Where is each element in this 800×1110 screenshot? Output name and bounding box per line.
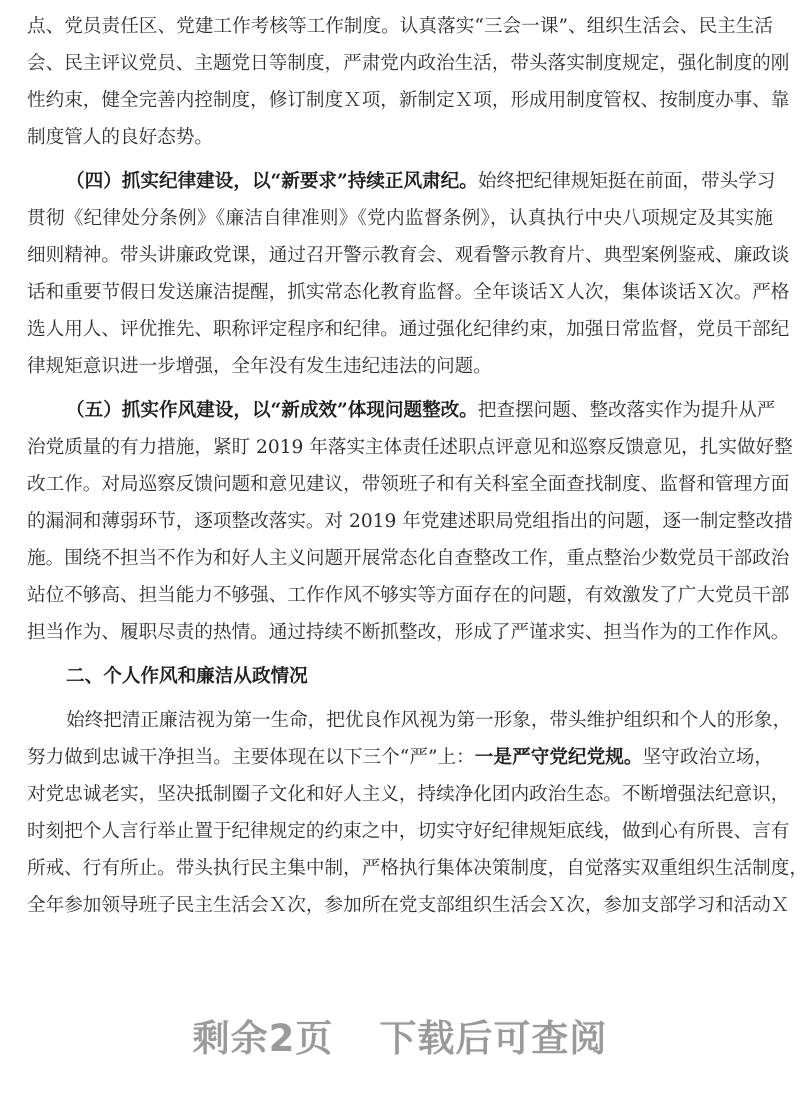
text-line: 性约束，健全完善内控制度，修订制度Ｘ项，新制定Ｘ项，形成用制度管权、按制度办事、… — [27, 82, 773, 119]
paragraph-discipline: （四）抓实纪律建设，以“新要求”持续正风肃纪。始终把纪律规矩挺在前面，带头学习 … — [27, 163, 773, 385]
text-run: 把查摆问题、整改落实作为提升从严 — [478, 400, 776, 421]
text-line: 始终把清正廉洁视为第一生命，把优良作风视为第一形象，带头维护组织和个人的形象， — [27, 702, 773, 739]
paragraph-style-rectification: （五）抓实作风建设，以“新成效”体现问题整改。把查摆问题、整改落实作为提升从严 … — [27, 392, 773, 651]
text-line: 时刻把个人言行举止置于纪律规定的约束之中，切实守好纪律规矩底线，做到心有所畏、言… — [27, 813, 773, 850]
section-2-heading-block: 二、个人作风和廉洁从政情况 — [27, 658, 773, 695]
text-line: 话和重要节假日发送廉洁提醒，抓实常态化教育监督。全年谈话Ｘ人次，集体谈话Ｘ次。严… — [27, 274, 773, 311]
text-line: 施。围绕不担当不作为和好人主义问题开展常态化自查整改工作，重点整治少数党员干部政… — [27, 540, 773, 577]
text-line: 会、民主评议党员、主题党日等制度，严肃党内政治生活，带头落实制度规定，强化制度的… — [27, 45, 773, 82]
text-line: 贯彻《纪律处分条例》《廉洁自律准则》《党内监督条例》，认真执行中央八项规定及其实… — [27, 200, 773, 237]
subsection-heading-4: （四）抓实纪律建设，以“新要求”持续正风肃纪。 — [66, 171, 478, 192]
download-to-view-label: 下载后可查阅 — [379, 1017, 607, 1060]
text-line: 担当作为、履职尽责的热情。通过持续不断抓整改，形成了严谨求实、担当作为的工作作风… — [27, 614, 773, 651]
text-line: 努力做到忠诚干净担当。主要体现在以下三个“严”上：一是严守党纪党规。坚守政治立场… — [27, 739, 773, 776]
document-page: 点、党员责任区、党建工作考核等工作制度。认真落实“三会一课”、组织生活会、民主生… — [27, 8, 773, 931]
text-run: 努力做到忠诚干净担当。主要体现在以下三个“严”上： — [27, 747, 475, 768]
text-line: 改工作。对局巡察反馈问题和意见建议，带领班子和有关科室全面查找制度、监督和管理方… — [27, 466, 773, 503]
text-line: 制度管人的良好态势。 — [27, 119, 773, 156]
text-line: 的漏洞和薄弱环节，逐项整改落实。对 2019 年党建述职局党组指出的问题，逐一制… — [27, 503, 773, 540]
text-line: 所戒、行有所止。带头执行民主集中制，严格执行集体决策制度，自觉落实双重组织生活制… — [27, 850, 773, 887]
emphasis-point-one: 一是严守党纪党规。 — [475, 747, 643, 768]
text-line: 点、党员责任区、党建工作考核等工作制度。认真落实“三会一课”、组织生活会、民主生… — [27, 8, 773, 45]
text-line: 治党质量的有力措施，紧盯 2019 年落实主体责任述职点评意见和巡察反馈意见，扎… — [27, 429, 773, 466]
text-line: （四）抓实纪律建设，以“新要求”持续正风肃纪。始终把纪律规矩挺在前面，带头学习 — [27, 163, 773, 200]
paragraph-personal-conduct: 始终把清正廉洁视为第一生命，把优良作风视为第一形象，带头维护组织和个人的形象， … — [27, 702, 773, 924]
text-line: 站位不够高、担当能力不够强、工作作风不够实等方面存在的问题，有效激发了广大党员干… — [27, 577, 773, 614]
paragraph-institutions: 点、党员责任区、党建工作考核等工作制度。认真落实“三会一课”、组织生活会、民主生… — [27, 8, 773, 156]
text-run: 坚守政治立场， — [643, 747, 773, 768]
text-line: 律规矩意识进一步增强，全年没有发生违纪违法的问题。 — [27, 348, 773, 385]
text-line: 全年参加领导班子民主生活会Ｘ次，参加所在党支部组织生活会Ｘ次，参加支部学习和活动… — [27, 887, 773, 924]
text-line: 细则精神。带头讲廉政党课，通过召开警示教育会、观看警示教育片、典型案例鉴戒、廉政… — [27, 237, 773, 274]
text-line: 选人用人、评优推先、职称评定程序和纪律。通过强化纪律约束，加强日常监督，党员干部… — [27, 311, 773, 348]
download-prompt-banner[interactable]: 剩余2页下载后可查阅 — [0, 1008, 800, 1062]
text-run: 始终把纪律规矩挺在前面，带头学习 — [478, 171, 776, 192]
section-heading: 二、个人作风和廉洁从政情况 — [27, 658, 773, 695]
text-line: 对党忠诚老实，坚决抵制圈子文化和好人主义，持续净化团内政治生态。不断增强法纪意识… — [27, 776, 773, 813]
text-line: （五）抓实作风建设，以“新成效”体现问题整改。把查摆问题、整改落实作为提升从严 — [27, 392, 773, 429]
remaining-pages-label: 剩余2页 — [193, 1017, 334, 1060]
subsection-heading-5: （五）抓实作风建设，以“新成效”体现问题整改。 — [66, 400, 478, 421]
